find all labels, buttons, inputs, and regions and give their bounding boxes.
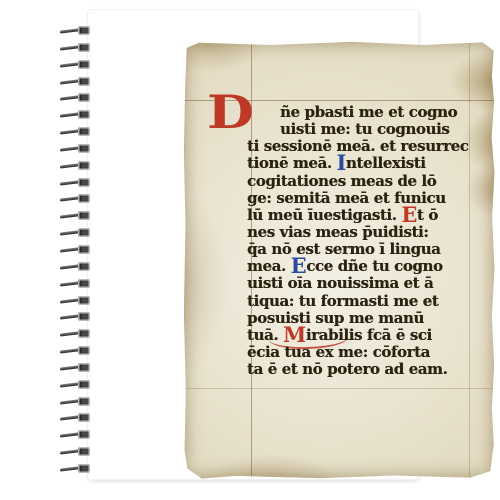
manuscript-line: ñe pbasti me et cogno [247,104,497,121]
line-text: ta ē et nō potero ad eam. [247,360,447,378]
spiral-coil [59,161,95,170]
manuscript-line: ta ē et nō potero ad eam. [247,361,497,378]
spiral-coil [59,194,95,203]
line-text: t ō [417,206,438,224]
line-text: uisti me: tu cognouis [280,120,449,138]
manuscript-line: cogitationes meas de lō [247,173,497,190]
manuscript-line: uisti me: tu cognouis [247,121,497,138]
spiral-coil [59,279,95,288]
manuscript-page: D ñe pbasti me et cogno uisti me: tu cog… [183,41,495,479]
spiral-coil [59,60,95,69]
spiral-coil [59,43,95,52]
notebook-cover: D ñe pbasti me et cogno uisti me: tu cog… [88,10,418,479]
line-text: cce dñe tu cogno [306,257,442,275]
spiral-coil [59,178,95,187]
line-text: irabilis fcā ē sci [306,326,432,344]
line-text: tuā. [247,326,283,344]
manuscript-line: mea. Ecce dñe tu cogno [247,258,497,275]
spiral-coil [59,77,95,86]
spiral-coil [59,245,95,254]
spiral-coil [59,296,95,305]
manuscript-line: tuā. Mirabilis fcā ē sci [247,327,497,344]
spiral-coil [59,363,95,372]
spiral-coil [59,228,95,237]
line-text: uisti oīa nouissima et ā [247,274,433,292]
spiral-coil [59,413,95,422]
line-text: mea. [247,257,291,275]
ruling-line-horizontal-bottom [185,388,493,389]
line-text: q̄a nō est sermo ī lingua [247,240,440,258]
spiral-coil [59,329,95,338]
line-text: lū meū īuestigasti. [247,206,401,224]
spiral-coil [59,312,95,321]
spiral-coil [59,26,95,35]
spiral-binding [59,26,95,473]
spiral-coil [59,346,95,355]
manuscript-line: lū meū īuestigasti. Et ō [247,207,497,224]
spiral-coil [59,211,95,220]
line-text: ñe pbasti me et cogno [280,103,457,121]
line-text: ēcia tua ex me: cōforta [247,343,430,361]
spiral-coil [59,93,95,102]
manuscript-line: tiqua: tu formasti me et [247,293,497,310]
spiral-coil [59,262,95,271]
line-text: tionē meā. [247,154,336,172]
line-text: posuisti sup me manū [247,309,424,327]
spiral-coil [59,397,95,406]
line-text: ti sessionē meā. et resurrec [247,137,468,155]
manuscript-text-block: ñe pbasti me et cogno uisti me: tu cogno… [247,104,497,378]
spiral-coil [59,380,95,389]
spiral-coil [59,110,95,119]
manuscript-line: uisti oīa nouissima et ā [247,275,497,292]
manuscript-line: ge: semitā meā et funicu [247,190,497,207]
manuscript-line: q̄a nō est sermo ī lingua [247,241,497,258]
manuscript-line: nes vias meas p̄uidisti: [247,224,497,241]
spiral-coil [59,447,95,456]
line-text: nes vias meas p̄uidisti: [247,223,428,241]
spiral-coil [59,464,95,473]
spiral-coil [59,144,95,153]
manuscript-line: tionē meā. Intellexisti [247,155,497,172]
spiral-coil [59,430,95,439]
line-text: ntellexisti [346,154,426,172]
line-text: tiqua: tu formasti me et [247,292,438,310]
line-text: cogitationes meas de lō [247,172,436,190]
manuscript-line: ti sessionē meā. et resurrec [247,138,497,155]
manuscript-line: ēcia tua ex me: cōforta [247,344,497,361]
spiral-coil [59,127,95,136]
